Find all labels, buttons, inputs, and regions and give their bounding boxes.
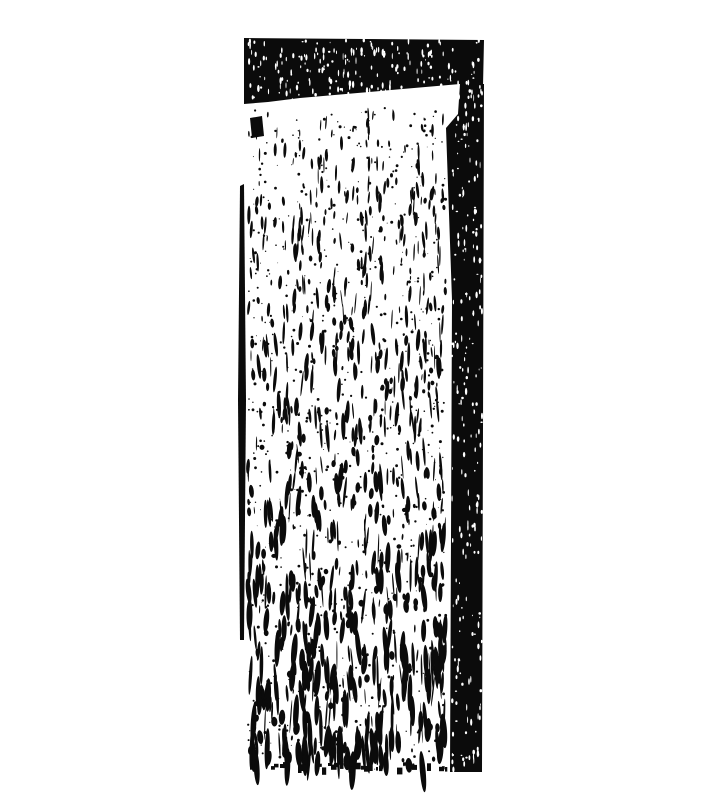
grain-texture-field bbox=[245, 107, 449, 792]
top-band bbox=[244, 38, 484, 104]
right-pillar bbox=[446, 84, 484, 772]
left-edge-line bbox=[238, 184, 246, 640]
woodcut-print bbox=[0, 0, 724, 801]
